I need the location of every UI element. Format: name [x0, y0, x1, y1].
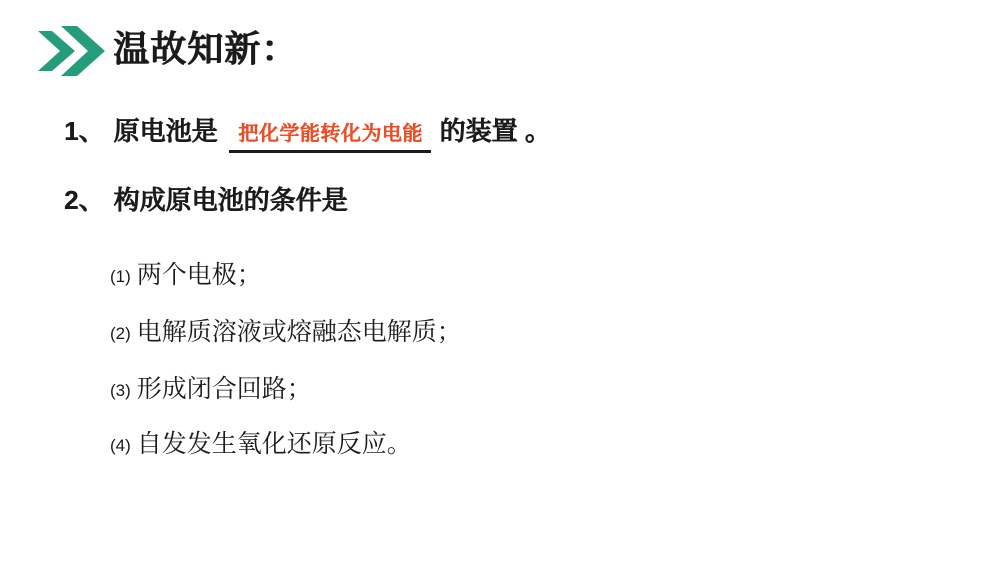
- question-2: 2、构成原电池的条件是: [64, 185, 347, 216]
- slide: 温故知新： 1、原电池是把化学能转化为电能的装置 。 2、构成原电池的条件是 (…: [0, 0, 1000, 563]
- blank-underline: 把化学能转化为电能: [229, 116, 431, 153]
- condition-4-marker: (4): [110, 436, 131, 455]
- condition-item: (3)形成闭合回路；: [110, 374, 312, 405]
- condition-item: (2)电解质溶液或熔融态电解质；: [110, 317, 462, 348]
- question-2-text: 构成原电池的条件是: [113, 185, 347, 215]
- condition-1-text: 两个电极；: [137, 261, 262, 289]
- condition-3-text: 形成闭合回路；: [137, 375, 312, 403]
- question-1: 1、原电池是把化学能转化为电能的装置 。: [64, 116, 551, 153]
- condition-4-text: 自发发生氧化还原反应。: [137, 430, 412, 458]
- condition-3-marker: (3): [110, 381, 131, 400]
- condition-1-marker: (1): [110, 267, 131, 286]
- blank-answer-text: 把化学能转化为电能: [238, 123, 423, 145]
- condition-item: (4)自发发生氧化还原反应。: [110, 429, 412, 460]
- page-title: 温故知新：: [113, 27, 298, 70]
- double-chevron-right-icon: [38, 26, 105, 76]
- question-1-text-before: 原电池是: [113, 116, 217, 146]
- question-1-text-after: 的装置 。: [439, 116, 550, 146]
- condition-item: (1)两个电极；: [110, 260, 262, 291]
- condition-2-marker: (2): [110, 324, 131, 343]
- condition-2-text: 电解质溶液或熔融态电解质；: [137, 318, 462, 346]
- question-2-number: 2、: [64, 185, 104, 215]
- question-1-number: 1、: [64, 116, 104, 146]
